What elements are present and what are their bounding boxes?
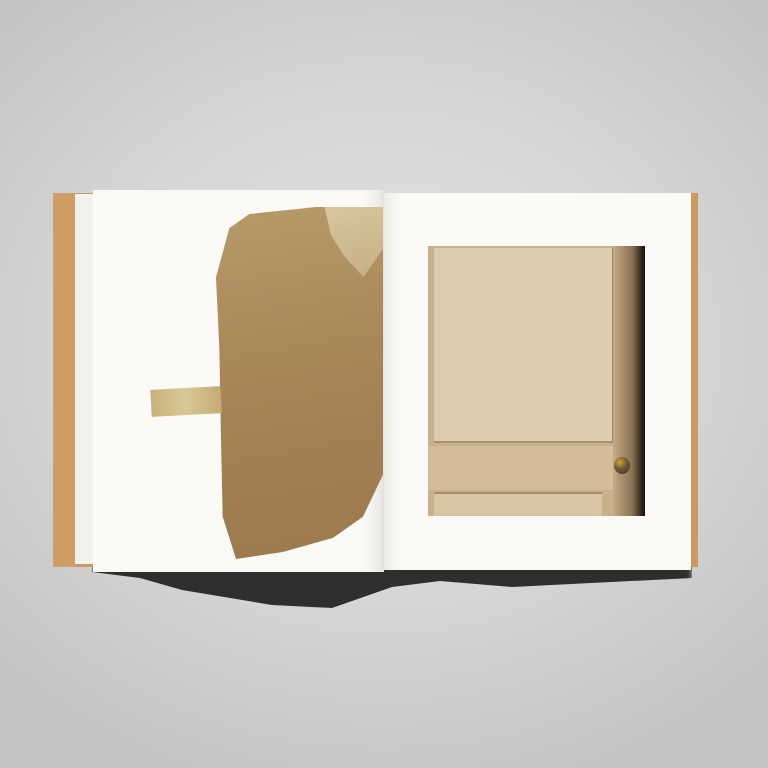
door-knob <box>614 457 630 474</box>
door-edge-shadow <box>613 246 645 516</box>
door-photograph <box>428 246 645 516</box>
cover-edge-left <box>53 193 75 567</box>
door-lower-panel <box>434 492 602 516</box>
door-upper-panel <box>434 248 614 443</box>
tape-strip <box>150 386 221 417</box>
